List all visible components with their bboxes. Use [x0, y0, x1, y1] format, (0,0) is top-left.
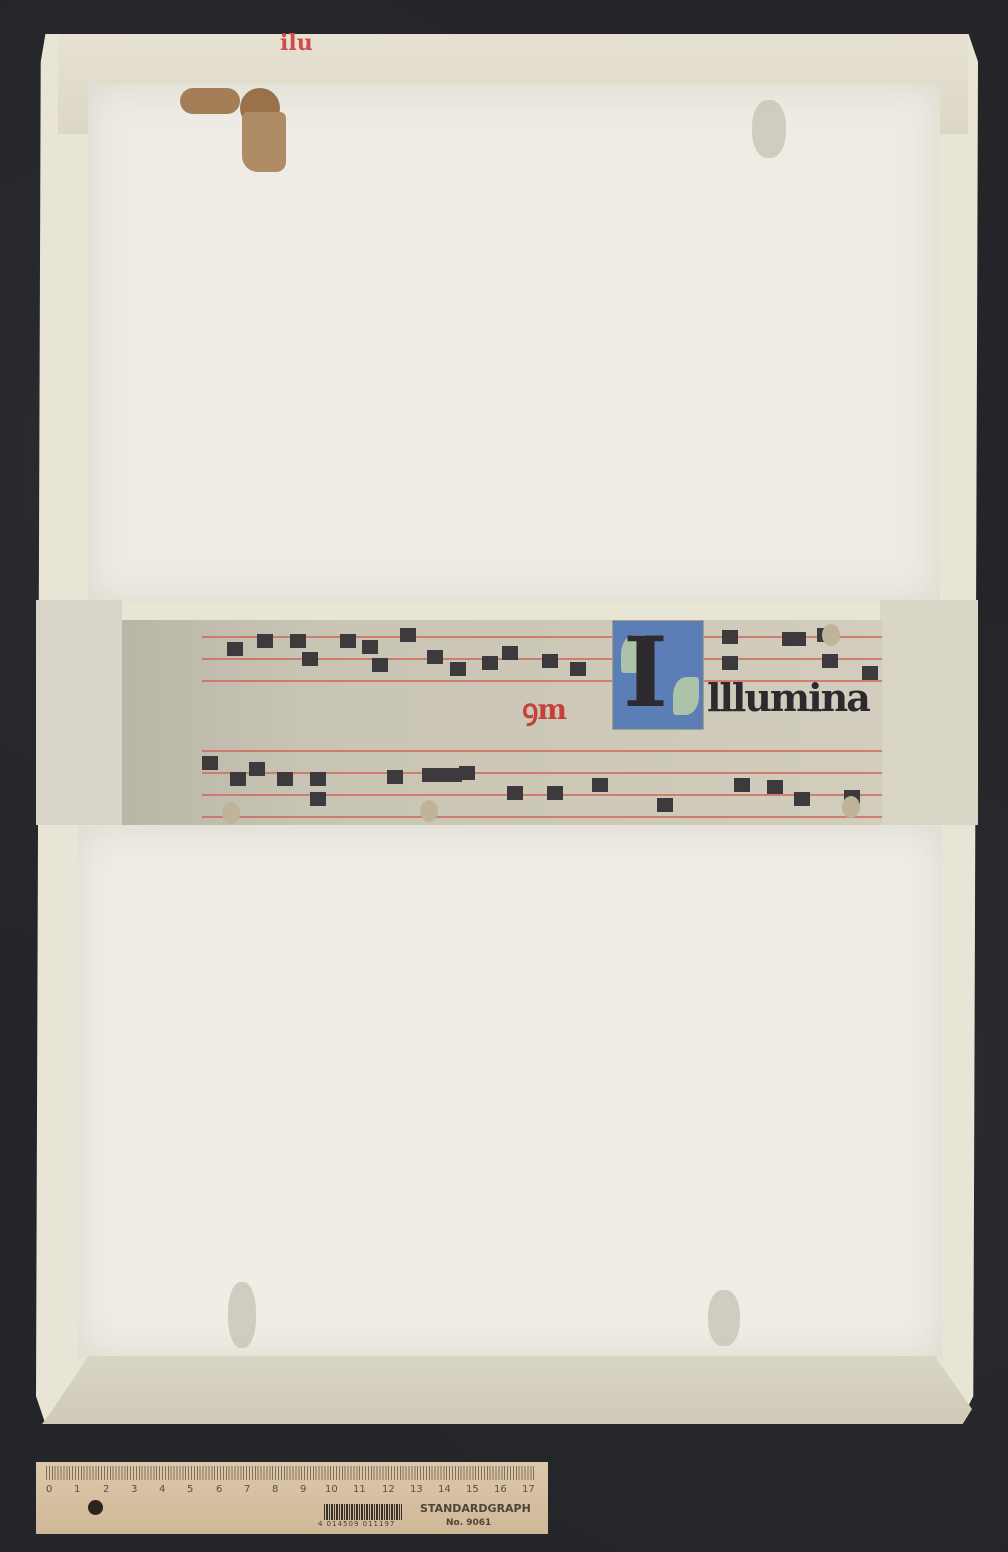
- sewing-thread: [842, 796, 860, 818]
- neume: [302, 652, 318, 666]
- neume: [249, 762, 265, 776]
- ruler-label: 12: [382, 1484, 395, 1495]
- bottom-turn-in: [42, 1356, 972, 1424]
- staff-line: [202, 794, 882, 796]
- repair-patch: [752, 100, 786, 158]
- neume: [230, 772, 246, 786]
- neume: [722, 656, 738, 670]
- sewing-thread: [222, 802, 240, 824]
- chant-text: lllumina: [707, 675, 869, 720]
- spine-left-flap: [36, 600, 122, 825]
- ruler-label: 4: [159, 1484, 165, 1495]
- sewing-thread: [822, 624, 840, 646]
- neume: [450, 662, 466, 676]
- neume: [362, 640, 378, 654]
- ruler-label: 13: [410, 1484, 423, 1495]
- folio-mark: ilu: [280, 30, 313, 56]
- ruler-label: 11: [353, 1484, 366, 1495]
- repair-patch: [708, 1290, 740, 1346]
- lower-cover-panel: [78, 826, 942, 1358]
- ruler-ticks: [46, 1466, 536, 1480]
- neume: [547, 786, 563, 800]
- neume: [542, 654, 558, 668]
- ruler-label: 1: [74, 1484, 80, 1495]
- neume: [502, 646, 518, 660]
- foliage-ornament: [673, 677, 699, 715]
- neume: [459, 766, 475, 780]
- repair-patch: [228, 1282, 256, 1348]
- ruler-label: 6: [216, 1484, 222, 1495]
- neume: [570, 662, 586, 676]
- neume: [427, 650, 443, 664]
- neume: [257, 634, 273, 648]
- ruler-model: No. 9061: [446, 1518, 491, 1528]
- neume: [227, 642, 243, 656]
- neume: [722, 630, 738, 644]
- neume: [422, 768, 462, 782]
- neume: [310, 792, 326, 806]
- neume: [657, 798, 673, 812]
- ruler-label: 5: [187, 1484, 193, 1495]
- ruler-label: 16: [494, 1484, 507, 1495]
- upper-cover-panel: [88, 84, 940, 602]
- neume: [782, 632, 806, 646]
- barcode-number: 4 014509 011197: [318, 1520, 395, 1528]
- neume: [372, 658, 388, 672]
- staff-line: [202, 750, 882, 752]
- ruler-label: 17: [522, 1484, 535, 1495]
- neume: [822, 654, 838, 668]
- ruler-label: 0: [46, 1484, 52, 1495]
- ruler-label: 10: [325, 1484, 338, 1495]
- neume: [734, 778, 750, 792]
- neume: [400, 628, 416, 642]
- neume: [202, 756, 218, 770]
- neume: [290, 634, 306, 648]
- ruler-label: 3: [131, 1484, 137, 1495]
- neume: [507, 786, 523, 800]
- neume: [482, 656, 498, 670]
- ruler-label: 9: [300, 1484, 306, 1495]
- illuminated-initial: I: [612, 620, 704, 730]
- spine-right-flap: [880, 600, 978, 825]
- neume: [340, 634, 356, 648]
- neume: [387, 770, 403, 784]
- sewing-thread: [420, 800, 438, 822]
- neume: [277, 772, 293, 786]
- neume: [310, 772, 326, 786]
- ruler-label: 15: [466, 1484, 479, 1495]
- scale-ruler: 0 1 2 3 4 5 6 7 8 9 10 11 12 13 14 15 16…: [36, 1462, 548, 1534]
- neume: [592, 778, 608, 792]
- leather-tie: [180, 88, 240, 114]
- rubric-text: ꝯm: [522, 690, 566, 728]
- ruler-label: 14: [438, 1484, 451, 1495]
- neume: [767, 780, 783, 794]
- ruler-label: 2: [103, 1484, 109, 1495]
- neume: [794, 792, 810, 806]
- initial-letter: I: [623, 625, 668, 721]
- barcode: [324, 1504, 402, 1520]
- staff-line: [202, 772, 882, 774]
- ruler-hole: [88, 1500, 103, 1515]
- chant-fragment: ꝯm I lllumina: [122, 620, 882, 825]
- ruler-label: 7: [244, 1484, 250, 1495]
- staff-line: [202, 816, 882, 818]
- leather-tie-tab: [242, 112, 286, 172]
- ruler-brand: STANDARDGRAPH: [420, 1502, 531, 1515]
- ruler-label: 8: [272, 1484, 278, 1495]
